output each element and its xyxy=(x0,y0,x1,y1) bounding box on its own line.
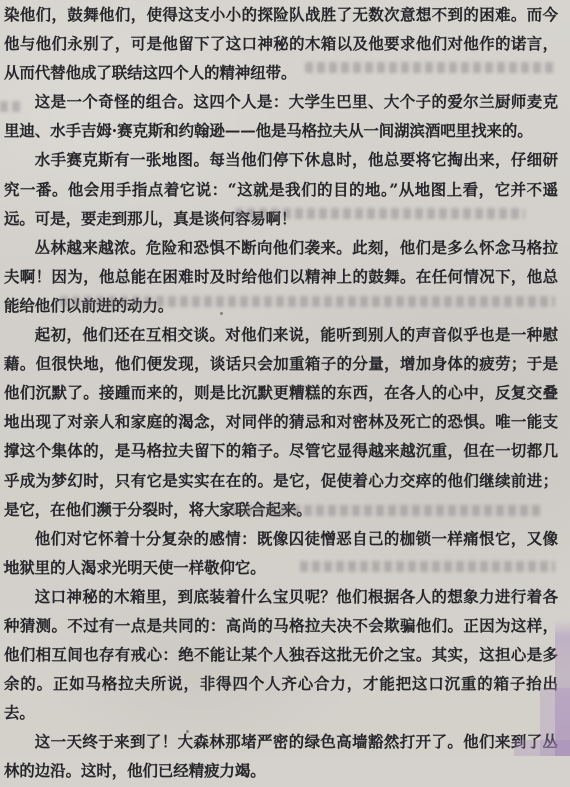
ink-speck xyxy=(428,17,431,20)
paragraph: 这是一个奇怪的组合。这四个人是：大学生巴里、大个子的爱尔兰厨师麦克里迪、水手吉姆… xyxy=(4,88,558,146)
scanned-page: 染他们，鼓舞他们，使得这支小小的探险队战胜了无数次意想不到的困难。而今他与他们永… xyxy=(0,0,570,756)
paragraph: 他们对它怀着十分复杂的感情：既像囚徒憎恶自己的枷锁一样痛恨它，又像地狱里的人渴求… xyxy=(4,525,558,583)
paragraph: 丛林越来越浓。危险和恐惧不断向他们袭来。此刻，他们是多么怀念马格拉夫啊！因为，他… xyxy=(4,234,558,321)
scan-artifact-purple-block xyxy=(514,740,570,756)
paragraph: 起初，他们还在互相交谈。对他们来说，能听到别人的声音似乎也是一种慰藉。但很快地，… xyxy=(4,321,558,525)
page-text-block: 染他们，鼓舞他们，使得这支小小的探险队战胜了无数次意想不到的困难。而今他与他们永… xyxy=(4,1,558,756)
paragraph: 这一天终于来到了！大森林那堵严密的绿色高墙豁然打开了。他们来到了丛林的边沿。这时… xyxy=(4,728,558,756)
ink-speck xyxy=(6,218,9,221)
ink-speck xyxy=(186,730,189,733)
ink-speck xyxy=(220,312,223,315)
paragraph: 染他们，鼓舞他们，使得这支小小的探险队战胜了无数次意想不到的困难。而今他与他们永… xyxy=(4,1,558,88)
paragraph: 这口神秘的木箱里，到底装着什么宝贝呢？他们根据各人的想象力进行着各种猜测。不过有… xyxy=(4,583,558,728)
paragraph: 水手赛克斯有一张地图。每当他们停下休息时，他总要将它掏出来，仔细研究一番。他会用… xyxy=(4,146,558,233)
ink-speck xyxy=(3,563,6,566)
